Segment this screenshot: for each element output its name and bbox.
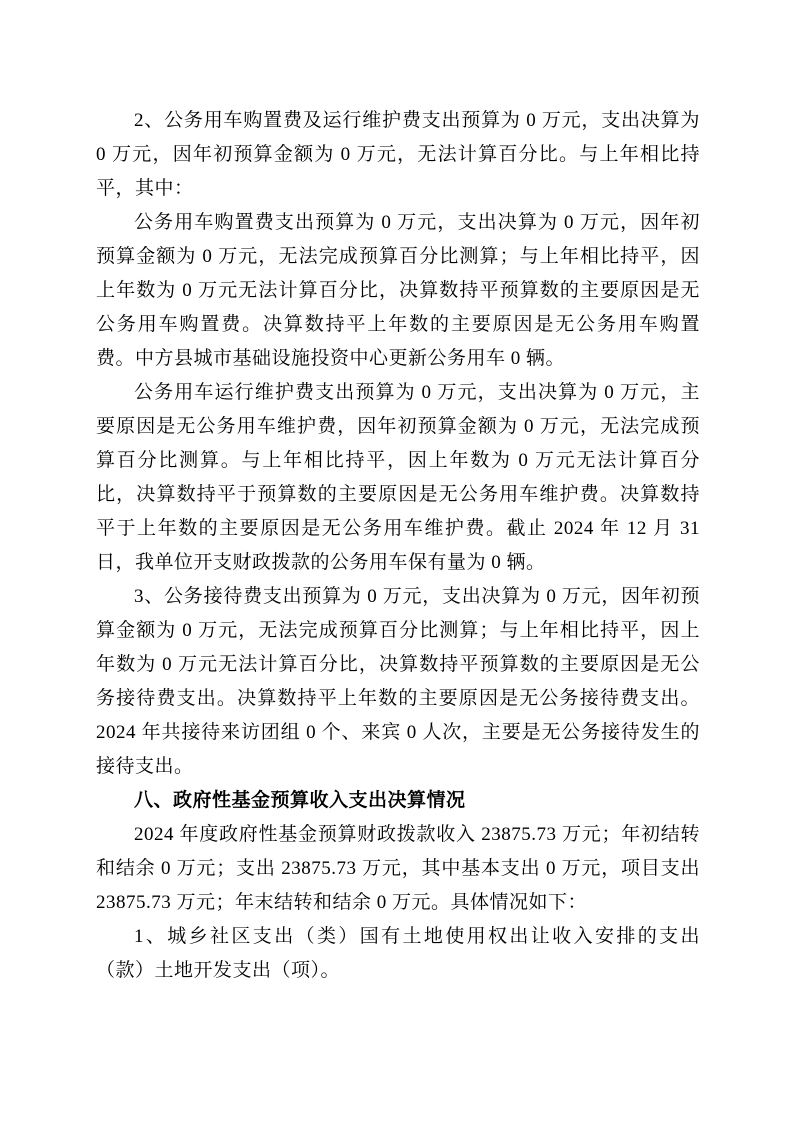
paragraph-fund-budget-summary: 2024 年度政府性基金预算财政拨款收入 23875.73 万元；年初结转和结余… — [96, 818, 700, 920]
document-page: 2、公务用车购置费及运行维护费支出预算为 0 万元，支出决算为 0 万元，因年初… — [0, 0, 793, 1122]
section-heading-government-fund: 八、政府性基金预算收入支出决算情况 — [96, 784, 700, 818]
paragraph-official-reception: 3、公务接待费支出预算为 0 万元，支出决算为 0 万元，因年初预算金额为 0 … — [96, 580, 700, 784]
paragraph-vehicle-purchase: 公务用车购置费支出预算为 0 万元，支出决算为 0 万元，因年初预算金额为 0 … — [96, 206, 700, 376]
paragraph-vehicle-maintenance: 公务用车运行维护费支出预算为 0 万元，支出决算为 0 万元，主要原因是无公务用… — [96, 376, 700, 580]
paragraph-vehicle-total: 2、公务用车购置费及运行维护费支出预算为 0 万元，支出决算为 0 万元，因年初… — [96, 104, 700, 206]
paragraph-urban-community-expense: 1、城乡社区支出（类）国有土地使用权出让收入安排的支出（款）土地开发支出（项）。 — [96, 920, 700, 988]
